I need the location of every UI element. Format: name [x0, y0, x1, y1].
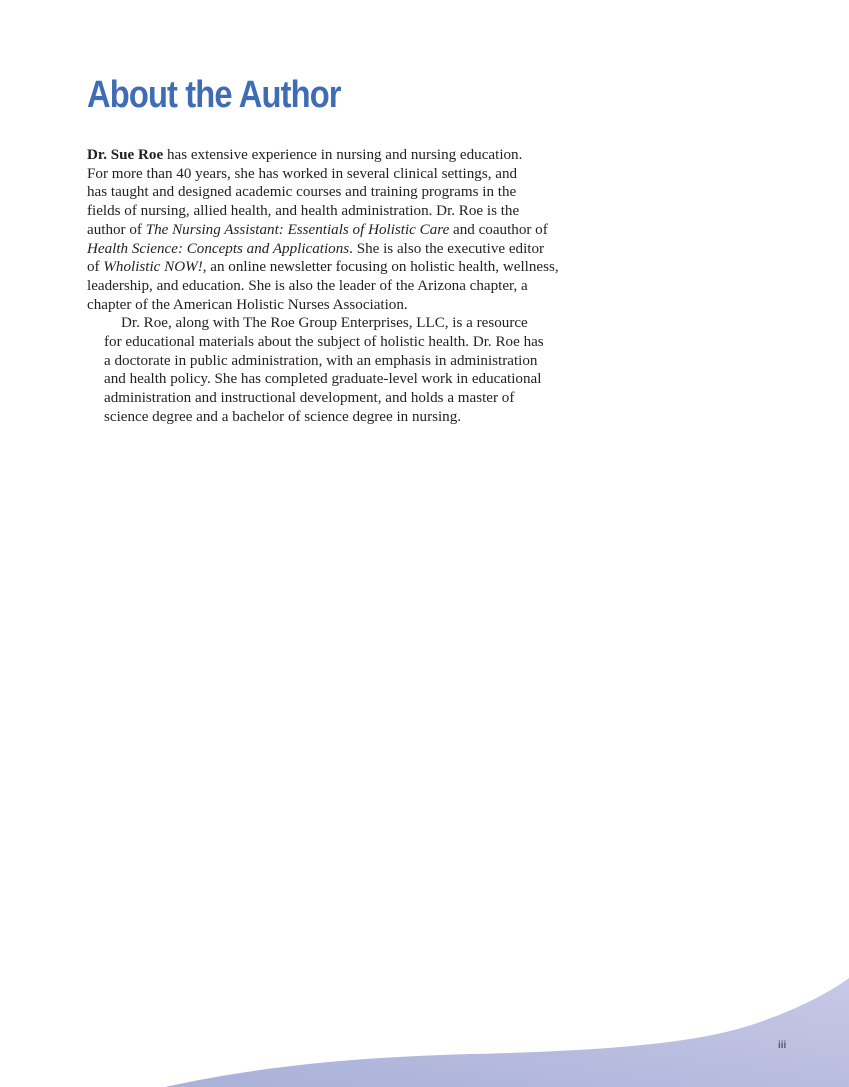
text-line: Health Science: Concepts and Application…: [87, 240, 557, 259]
text-run: . She is also the executive editor: [349, 241, 544, 257]
text-run: chapter of the American Holistic Nurses …: [87, 297, 408, 313]
text-run: and health policy. She has completed gra…: [104, 371, 541, 387]
text-line: and health policy. She has completed gra…: [87, 370, 557, 389]
text-line: Dr. Roe, along with The Roe Group Enterp…: [87, 314, 557, 333]
page-title: About the Author: [87, 76, 341, 114]
bio-paragraph-2: Dr. Roe, along with The Roe Group Enterp…: [87, 314, 557, 426]
text-run: fields of nursing, allied health, and he…: [87, 203, 519, 219]
text-run: for educational materials about the subj…: [104, 334, 544, 350]
text-line: fields of nursing, allied health, and he…: [87, 202, 557, 221]
text-line: leadership, and education. She is also t…: [87, 277, 557, 296]
text-run: has taught and designed academic courses…: [87, 184, 516, 200]
text-line: has taught and designed academic courses…: [87, 183, 557, 202]
text-line: for educational materials about the subj…: [87, 333, 557, 352]
text-line: of Wholistic NOW!, an online newsletter …: [87, 258, 557, 277]
text-run: science degree and a bachelor of science…: [104, 409, 461, 425]
text-run: Dr. Roe, along with The Roe Group Enterp…: [121, 315, 528, 331]
text-line: science degree and a bachelor of science…: [87, 408, 557, 427]
text-run: , an online newsletter focusing on holis…: [203, 259, 559, 275]
text-run: has extensive experience in nursing and …: [163, 147, 522, 163]
text-line: Dr. Sue Roe has extensive experience in …: [87, 146, 557, 165]
text-line: chapter of the American Holistic Nurses …: [87, 296, 557, 315]
text-run: and coauthor of: [449, 222, 548, 238]
publication-title: Health Science: Concepts and Application…: [87, 241, 349, 257]
text-line: a doctorate in public administration, wi…: [87, 352, 557, 371]
text-line: administration and instructional develop…: [87, 389, 557, 408]
author-name: Dr. Sue Roe: [87, 147, 163, 163]
text-run: For more than 40 years, she has worked i…: [87, 166, 517, 182]
publication-title: Wholistic NOW!: [103, 259, 202, 275]
text-line: author of The Nursing Assistant: Essenti…: [87, 221, 557, 240]
bio-paragraph-1: Dr. Sue Roe has extensive experience in …: [87, 146, 557, 314]
author-bio: Dr. Sue Roe has extensive experience in …: [87, 146, 557, 427]
text-run: leadership, and education. She is also t…: [87, 278, 528, 294]
text-run: a doctorate in public administration, wi…: [104, 353, 537, 369]
text-line: For more than 40 years, she has worked i…: [87, 165, 557, 184]
publication-title: The Nursing Assistant: Essentials of Hol…: [146, 222, 450, 238]
page-number: iii: [778, 1040, 786, 1051]
text-run: author of: [87, 222, 146, 238]
text-run: of: [87, 259, 103, 275]
text-run: administration and instructional develop…: [104, 390, 514, 406]
